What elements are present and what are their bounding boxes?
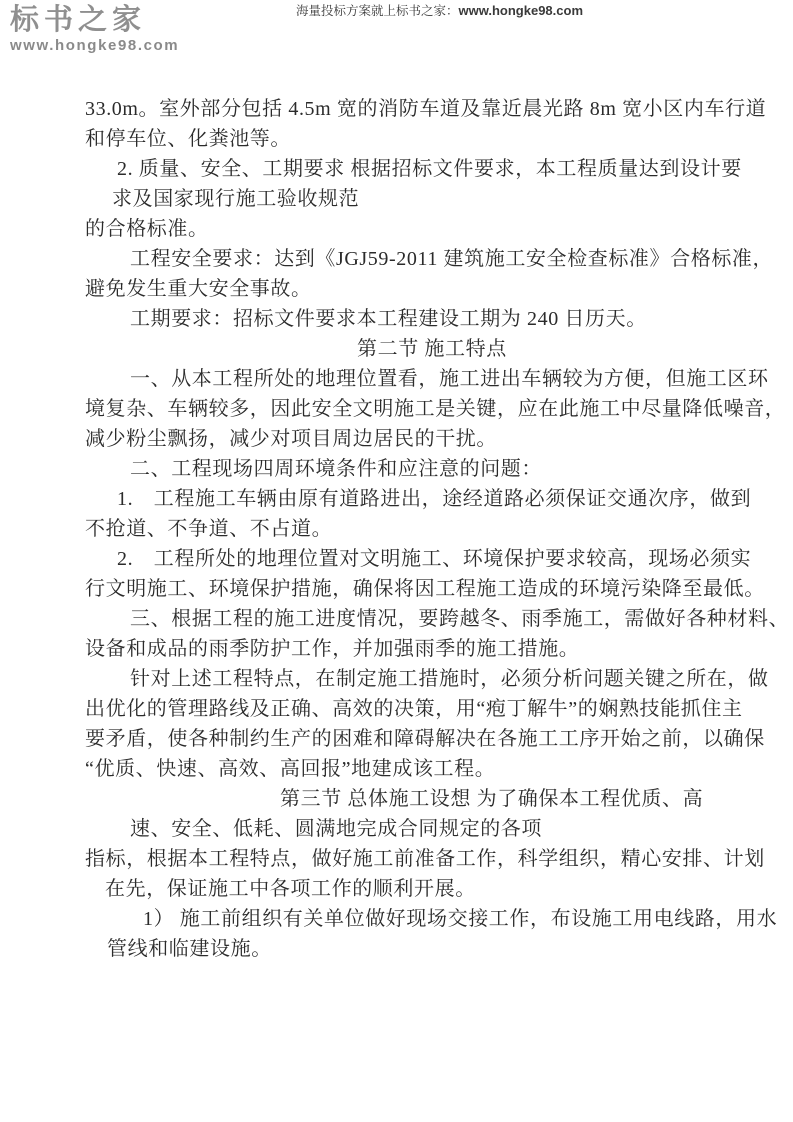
text-line: 速、安全、低耗、圆满地完成合同规定的各项: [85, 814, 725, 844]
document-page: 标书之家 www.hongke98.com 海量投标方案就上标书之家：www.h…: [0, 0, 793, 1122]
watermark-logo-url: www.hongke98.com: [10, 37, 179, 54]
text-line: 求及国家现行施工验收规范: [85, 184, 725, 214]
header-tagline-text: 海量投标方案就上标书之家：: [296, 4, 459, 18]
watermark-logo-text: 标书之家: [10, 4, 179, 36]
text-line: 1. 工程施工车辆由原有道路进出，途经道路必须保证交通次序，做到: [85, 484, 725, 514]
text-line: 和停车位、化粪池等。: [85, 124, 725, 154]
text-line: 工程安全要求：达到《JGJ59-2011 建筑施工安全检查标准》合格标准，: [85, 244, 725, 274]
text-line: 一、从本工程所处的地理位置看，施工进出车辆较为方便，但施工区环: [85, 364, 725, 394]
text-line: 2. 工程所处的地理位置对文明施工、环境保护要求较高，现场必须实: [85, 544, 725, 574]
document-body: 33.0m。室外部分包括 4.5m 宽的消防车道及靠近晨光路 8m 宽小区内车行…: [85, 94, 725, 964]
section-heading: 第二节 施工特点: [85, 334, 725, 364]
text-line: 1） 施工前组织有关单位做好现场交接工作，布设施工用电线路，用水: [85, 904, 725, 934]
section-heading: 第三节 总体施工设想 为了确保本工程优质、高: [85, 784, 725, 814]
text-line: 指标，根据本工程特点，做好施工前准备工作，科学组织，精心安排、计划: [85, 844, 725, 874]
header-tagline-url: www.hongke98.com: [459, 3, 584, 18]
text-line: 工期要求：招标文件要求本工程建设工期为 240 日历天。: [85, 304, 725, 334]
text-line: 针对上述工程特点，在制定施工措施时，必须分析问题关键之所在，做: [85, 664, 725, 694]
text-line: 要矛盾，使各种制约生产的困难和障碍解决在各施工工序开始之前，以确保: [85, 724, 725, 754]
watermark-logo: 标书之家 www.hongke98.com: [10, 4, 179, 54]
text-line: 管线和临建设施。: [85, 934, 725, 964]
text-line: 的合格标准。: [85, 214, 725, 244]
text-line: 避免发生重大安全事故。: [85, 274, 725, 304]
text-line: 在先，保证施工中各项工作的顺利开展。: [85, 874, 725, 904]
text-line: 2. 质量、安全、工期要求 根据招标文件要求，本工程质量达到设计要: [85, 154, 725, 184]
text-line: 三、根据工程的施工进度情况，要跨越冬、雨季施工，需做好各种材料、: [85, 604, 725, 634]
text-line: 减少粉尘飘扬，减少对项目周边居民的干扰。: [85, 424, 725, 454]
text-line: 出优化的管理路线及正确、高效的决策，用“疱丁解牛”的娴熟技能抓住主: [85, 694, 725, 724]
text-line: 境复杂、车辆较多，因此安全文明施工是关键，应在此施工中尽量降低噪音，: [85, 394, 725, 424]
text-line: 不抢道、不争道、不占道。: [85, 514, 725, 544]
text-line: “优质、快速、高效、高回报”地建成该工程。: [85, 754, 725, 784]
text-line: 行文明施工、环境保护措施，确保将因工程施工造成的环境污染降至最低。: [85, 574, 725, 604]
text-line: 二、工程现场四周环境条件和应注意的问题：: [85, 454, 725, 484]
text-line: 33.0m。室外部分包括 4.5m 宽的消防车道及靠近晨光路 8m 宽小区内车行…: [85, 94, 725, 124]
text-line: 设备和成品的雨季防护工作，并加强雨季的施工措施。: [85, 634, 725, 664]
header-tagline: 海量投标方案就上标书之家：www.hongke98.com: [296, 3, 583, 19]
